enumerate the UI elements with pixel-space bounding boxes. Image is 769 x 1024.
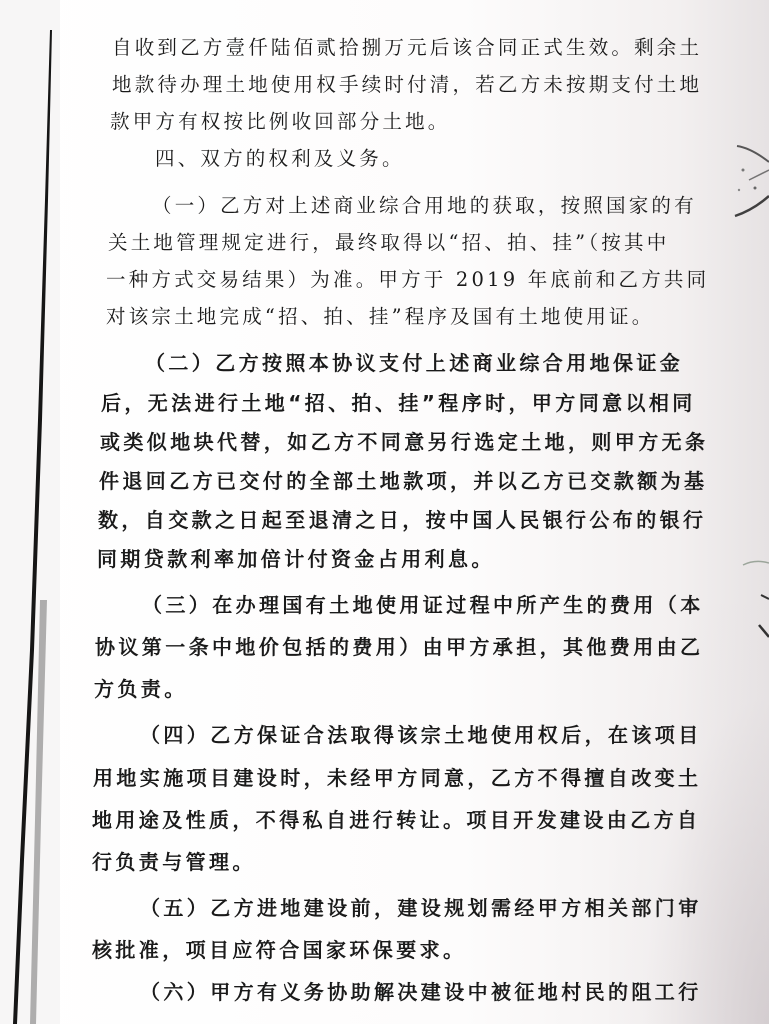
clause-start: （六）甲方有义务协助解决建设中被征地村民的阻工行 xyxy=(140,982,702,1002)
text-line: 关土地管理规定进行，最终取得以“招、拍、挂”（按其中 xyxy=(108,233,669,253)
clause-start: （一）乙方对上述商业综合用地的获取，按照国家的有 xyxy=(152,196,697,216)
text-line: 协议第一条中地价包括的费用）由甲方承担，其他费用由乙 xyxy=(95,637,703,657)
text-line: 一种方式交易结果）为准。甲方于 2019 年底前和乙方共同 xyxy=(106,270,709,290)
text-line: 行负责与管理。 xyxy=(92,852,256,872)
text-line: 或类似地块代替，如乙方不同意另行选定土地，则甲方无条 xyxy=(100,432,708,452)
document-body: 自收到乙方壹仟陆佰贰拾捌万元后该合同正式生效。剩余土 地款待办理土地使用权手续时… xyxy=(0,0,769,1024)
text-line: 件退回乙方已交付的全部土地款项，并以乙方已交款额为基 xyxy=(99,471,707,491)
text-line: 地款待办理土地使用权手续时付清，若乙方未按期支付土地 xyxy=(112,75,702,95)
text-line: 核批准，项目应符合国家环保要求。 xyxy=(92,940,466,960)
text-line: 数，自交款之日起至退清之日，按中国人民银行公布的银行 xyxy=(98,510,706,530)
text-line: 地用途及性质，不得私自进行转让。项目开发建设由乙方自 xyxy=(92,810,700,830)
text-line: 自收到乙方壹仟陆佰贰拾捌万元后该合同正式生效。剩余土 xyxy=(112,38,702,58)
document-page: 自收到乙方壹仟陆佰贰拾捌万元后该合同正式生效。剩余土 地款待办理土地使用权手续时… xyxy=(0,0,769,1024)
text-line: 用地实施项目建设时，未经甲方同意，乙方不得擅自改变土 xyxy=(93,768,701,788)
text-line: 同期贷款利率加倍计付资金占用利息。 xyxy=(97,549,495,569)
text-line: 后，无法进行土地“招、拍、挂”程序时，甲方同意以相同 xyxy=(101,393,696,413)
section-heading: 四、双方的权利及义务。 xyxy=(155,149,405,169)
clause-start: （四）乙方保证合法取得该宗土地使用权后，在该项目 xyxy=(140,725,702,745)
clause-start: （三）在办理国有土地使用证过程中所产生的费用（本 xyxy=(142,595,704,615)
text-line: 款甲方有权按比例收回部分土地。 xyxy=(110,112,451,132)
text-line: 方负责。 xyxy=(94,679,188,699)
text-line: 对该宗土地完成“招、拍、挂”程序及国有土地使用证。 xyxy=(106,307,654,327)
clause-start: （五）乙方进地建设前，建设规划需经甲方相关部门审 xyxy=(140,898,702,918)
clause-start: （二）乙方按照本协议支付上述商业综合用地保证金 xyxy=(145,353,683,373)
